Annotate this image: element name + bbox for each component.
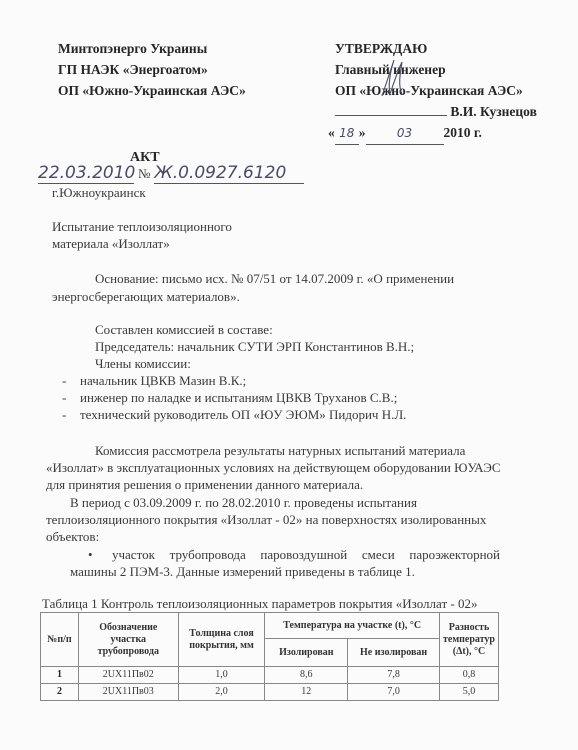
approval-year: 2010 г. [444,125,482,140]
approval-month: 03 [397,126,412,140]
review-line-1: Комиссия рассмотрела результаты натурных… [95,442,465,459]
cell-section: 2UX11Пв03 [78,684,178,701]
approver-name: В.И. Кузнецов [450,104,537,119]
member-dash: - [62,406,66,423]
cell-delta: 5,0 [439,684,498,701]
table-caption: Таблица 1 Контроль теплоизоляционных пар… [42,595,477,612]
plant-name: ОП «Южно-Украинская АЭС» [58,80,246,101]
approval-date: «18»032010 г. [328,122,482,145]
col-header-not-insulated: Не изолирован [348,639,440,667]
member-dash: - [62,372,66,389]
commission-members-label: Члены комиссии: [95,355,191,372]
member-dash: - [62,389,66,406]
col-header-delta: Разность температур (Δt), °С [439,613,498,667]
commission-chairman: Председатель: начальник СУТИ ЭРП Констан… [95,338,414,355]
cell-not-insulated: 7,0 [348,684,440,701]
cell-num: 1 [41,667,79,684]
approval-day: 18 [339,126,354,140]
basis-line-2: энергосберегающих материалов». [52,288,240,305]
bullet-line-2: машины 2 ПЭМ-3. Данные измерений приведе… [70,563,415,580]
cell-thickness: 2,0 [178,684,265,701]
cell-insulated: 12 [265,684,348,701]
measurements-table: №п/п Обозначение участка трубопровода То… [40,612,499,701]
cell-thickness: 1,0 [178,667,265,684]
act-number: Ж.0.0927.6120 [154,163,304,184]
cell-section: 2UX11Пв02 [78,667,178,684]
table-row: 2 2UX11Пв03 2,0 12 7,0 5,0 [41,684,499,701]
ministry-name: Минтопэнерго Украины [58,38,207,59]
subject-line-2: материала «Изоллат» [52,235,170,252]
col-header-thickness: Толщина слоя покрытия, мм [178,613,265,667]
act-number-line: 22.03.2010 № Ж.0.0927.6120 [38,163,304,184]
signature-blank [335,101,447,116]
review-line-3: для принятия решения о применении данног… [46,476,363,493]
cell-delta: 0,8 [439,667,498,684]
col-header-section: Обозначение участка трубопровода [78,613,178,667]
col-header-insulated: Изолирован [265,639,348,667]
subject-line-1: Испытание теплоизоляционного [52,218,232,235]
commission-member: инженер по наладке и испытаниям ЦВКВ Тру… [80,389,397,406]
col-header-temperature: Температура на участке (t), °С [265,613,440,639]
bullet-line-1: участок трубопровода паровоздушной смеси… [112,546,500,563]
approver-org: ОП «Южно-Украинская АЭС» [335,80,523,101]
commission-intro: Составлен комиссией в составе: [95,321,273,338]
approve-stamp: УТВЕРЖДАЮ [335,38,427,59]
cell-num: 2 [41,684,79,701]
table-row: 1 2UX11Пв02 1,0 8,6 7,8 0,8 [41,667,499,684]
basis-line-1: Основание: письмо исх. № 07/51 от 14.07.… [95,270,454,287]
company-name: ГП НАЭК «Энергоатом» [58,59,208,80]
cell-not-insulated: 7,8 [348,667,440,684]
signature-line: В.И. Кузнецов [335,101,537,122]
city: г.Южноукраинск [52,184,146,201]
period-line-3: объектов: [46,528,99,545]
col-header-num: №п/п [41,613,79,667]
cell-insulated: 8,6 [265,667,348,684]
period-line-1: В период с 03.09.2009 г. по 28.02.2010 г… [70,494,417,511]
bullet-icon: • [88,546,93,563]
review-line-2: «Изоллат» в эксплуатационных условиях на… [46,459,501,476]
commission-member: технический руководитель ОП «ЮУ ЭЮМ» Пид… [80,406,406,423]
commission-member: начальник ЦВКВ Мазин В.К.; [80,372,246,389]
act-date: 22.03.2010 [38,163,134,184]
handwritten-signature [378,58,408,98]
period-line-2: теплоизоляционного покрытия «Изоллат - 0… [46,511,486,528]
